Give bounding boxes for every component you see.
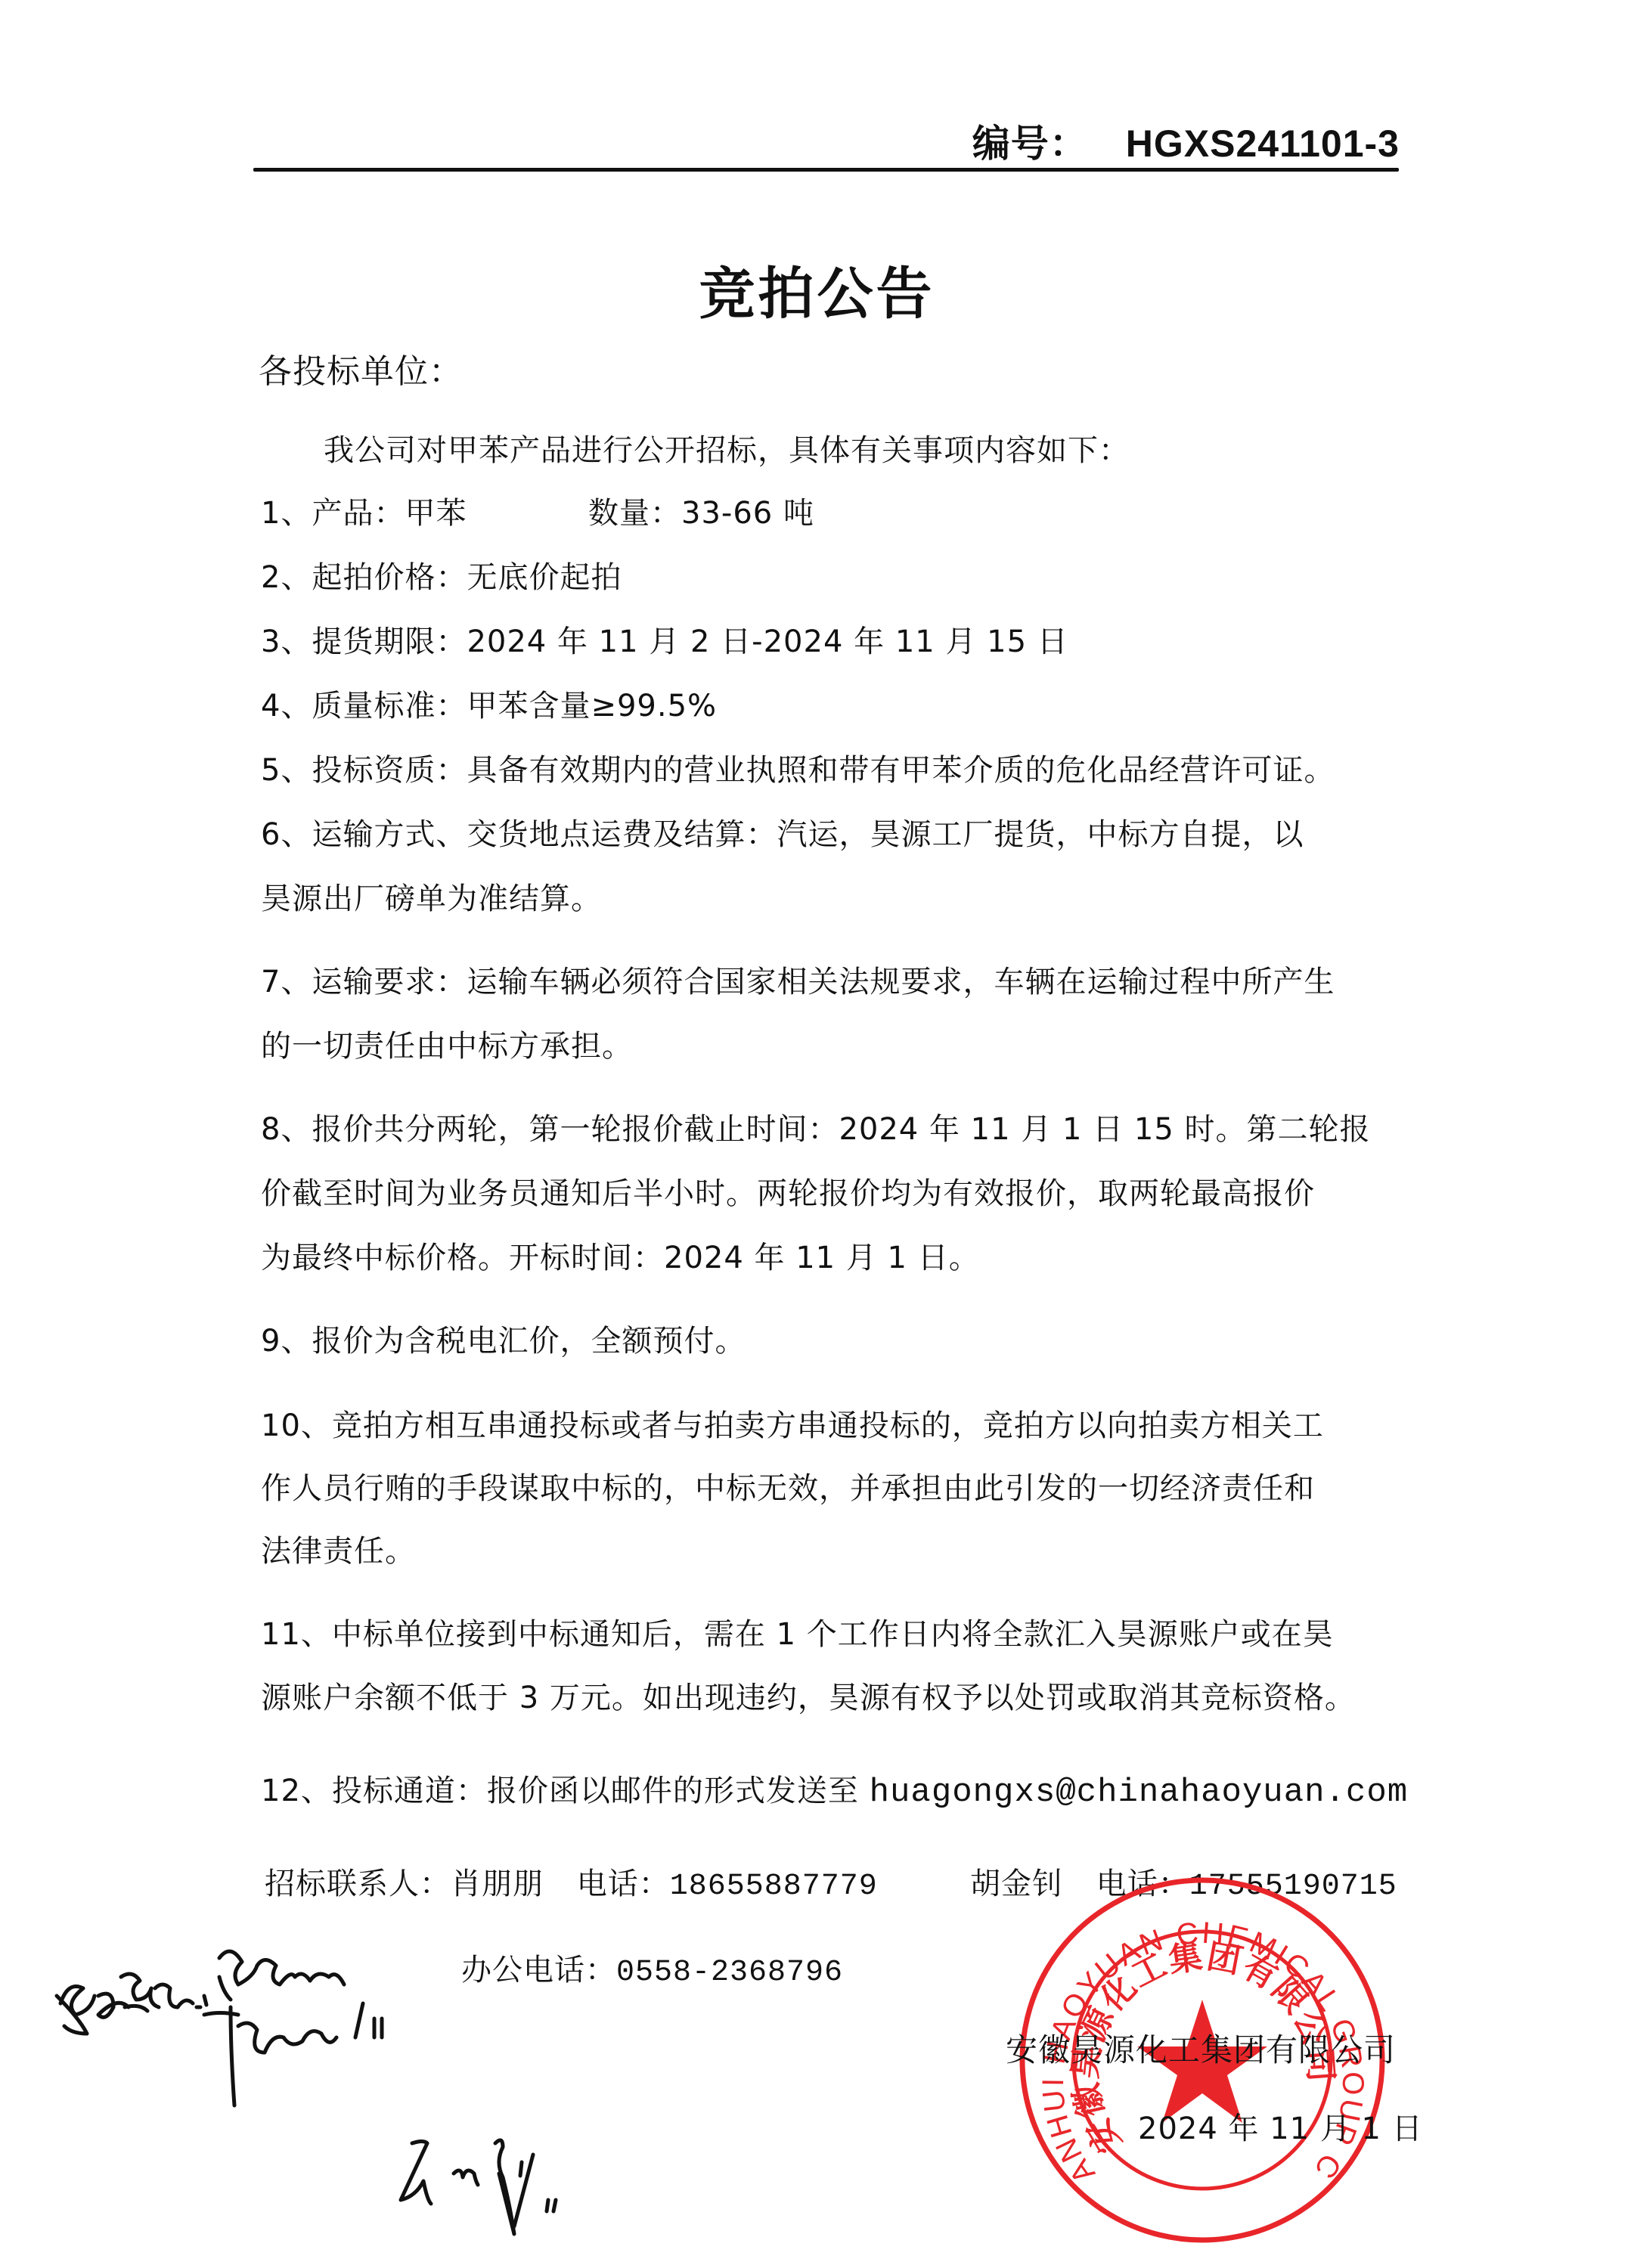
item-6-line-2: 昊源出厂磅单为准结算。 (261, 881, 602, 917)
contact-person-1: 肖朋朋 (451, 1867, 544, 1901)
contact-phone-1: 18655887779 (670, 1870, 878, 1904)
document-number-value: HGXS241101-3 (1126, 122, 1400, 165)
item-4-quality-standard: 4、质量标准：甲苯含量≥99.5% (261, 688, 717, 724)
office-phone: 0558-2368796 (616, 1956, 843, 1990)
item-10-line-1: 10、竞拍方相互串通投标或者与拍卖方串通投标的，竞拍方以向拍卖方相关工 (261, 1408, 1324, 1444)
contact-label: 招标联系人： (265, 1867, 451, 1901)
contact-phone-1-label: 电话： (577, 1867, 670, 1901)
item-1-quantity: 数量：33-66 吨 (588, 495, 814, 531)
bid-email-link[interactable]: huagongxs@chinahaoyuan.com (870, 1774, 1409, 1811)
contact-line-1: 招标联系人：肖朋朋 电话：18655887779 (265, 1866, 878, 1905)
item-8-line-2: 价截至时间为业务员通知后半小时。两轮报价均为有效报价，取两轮最高报价 (261, 1176, 1315, 1212)
item-10-line-3: 法律责任。 (261, 1533, 416, 1569)
item-11-line-2: 源账户余额不低于 3 万元。如出现违约，昊源有权予以处罚或取消其竞标资格。 (261, 1680, 1356, 1716)
document-number: 编号：HGXS241101-3 (972, 113, 1400, 168)
office-phone-label: 办公电话： (461, 1953, 616, 1988)
item-7-line-2: 的一切责任由中标方承担。 (261, 1028, 633, 1064)
item-7-line-1: 7、运输要求：运输车辆必须符合国家相关法规要求，车辆在运输过程中所产生 (261, 964, 1335, 1000)
footer-company-name: 安徽昊源化工集团有限公司 (1006, 2032, 1396, 2068)
item-6-line-1: 6、运输方式、交货地点运费及结算：汽运，昊源工厂提货，中标方自提，以 (261, 816, 1304, 853)
office-phone-line: 办公电话：0558-2368796 (461, 1952, 843, 1991)
footer-date: 2024 年 11 月 1 日 (1138, 2111, 1423, 2147)
intro-paragraph: 我公司对甲苯产品进行公开招标，具体有关事项内容如下： (324, 432, 1130, 469)
item-8-line-3: 为最终中标价格。开标时间：2024 年 11 月 1 日。 (261, 1240, 980, 1276)
handwritten-annotation-icon (45, 1943, 439, 2124)
header-divider (253, 168, 1399, 172)
item-1-product: 1、产品：甲苯 (261, 495, 467, 531)
item-12-label: 12、投标通道：报价函以邮件的形式发送至 (261, 1774, 859, 1808)
item-8-line-1: 8、报价共分两轮，第一轮报价截止时间：2024 年 11 月 1 日 15 时。… (261, 1111, 1371, 1148)
item-5-qualification: 5、投标资质：具备有效期内的营业执照和带有甲苯介质的危化品经营许可证。 (261, 752, 1335, 789)
item-2-start-price: 2、起拍价格：无底价起拍 (261, 559, 622, 596)
item-10-line-2: 作人员行贿的手段谋取中标的，中标无效，并承担由此引发的一切经济责任和 (261, 1470, 1315, 1507)
item-12-bidding-channel: 12、投标通道：报价函以邮件的形式发送至 huagongxs@chinahaoy… (261, 1773, 1408, 1811)
item-9-payment: 9、报价为含税电汇价，全额预付。 (261, 1323, 746, 1359)
document-number-label: 编号： (972, 122, 1088, 166)
page-title: 竞拍公告 (0, 249, 1634, 330)
handwritten-signature-icon (393, 2128, 590, 2242)
salutation: 各投标单位： (259, 354, 463, 390)
item-3-pickup-period: 3、提货期限：2024 年 11 月 2 日-2024 年 11 月 15 日 (261, 624, 1068, 660)
item-11-line-1: 11、中标单位接到中标通知后，需在 1 个工作日内将全款汇入昊源账户或在昊 (261, 1616, 1334, 1653)
